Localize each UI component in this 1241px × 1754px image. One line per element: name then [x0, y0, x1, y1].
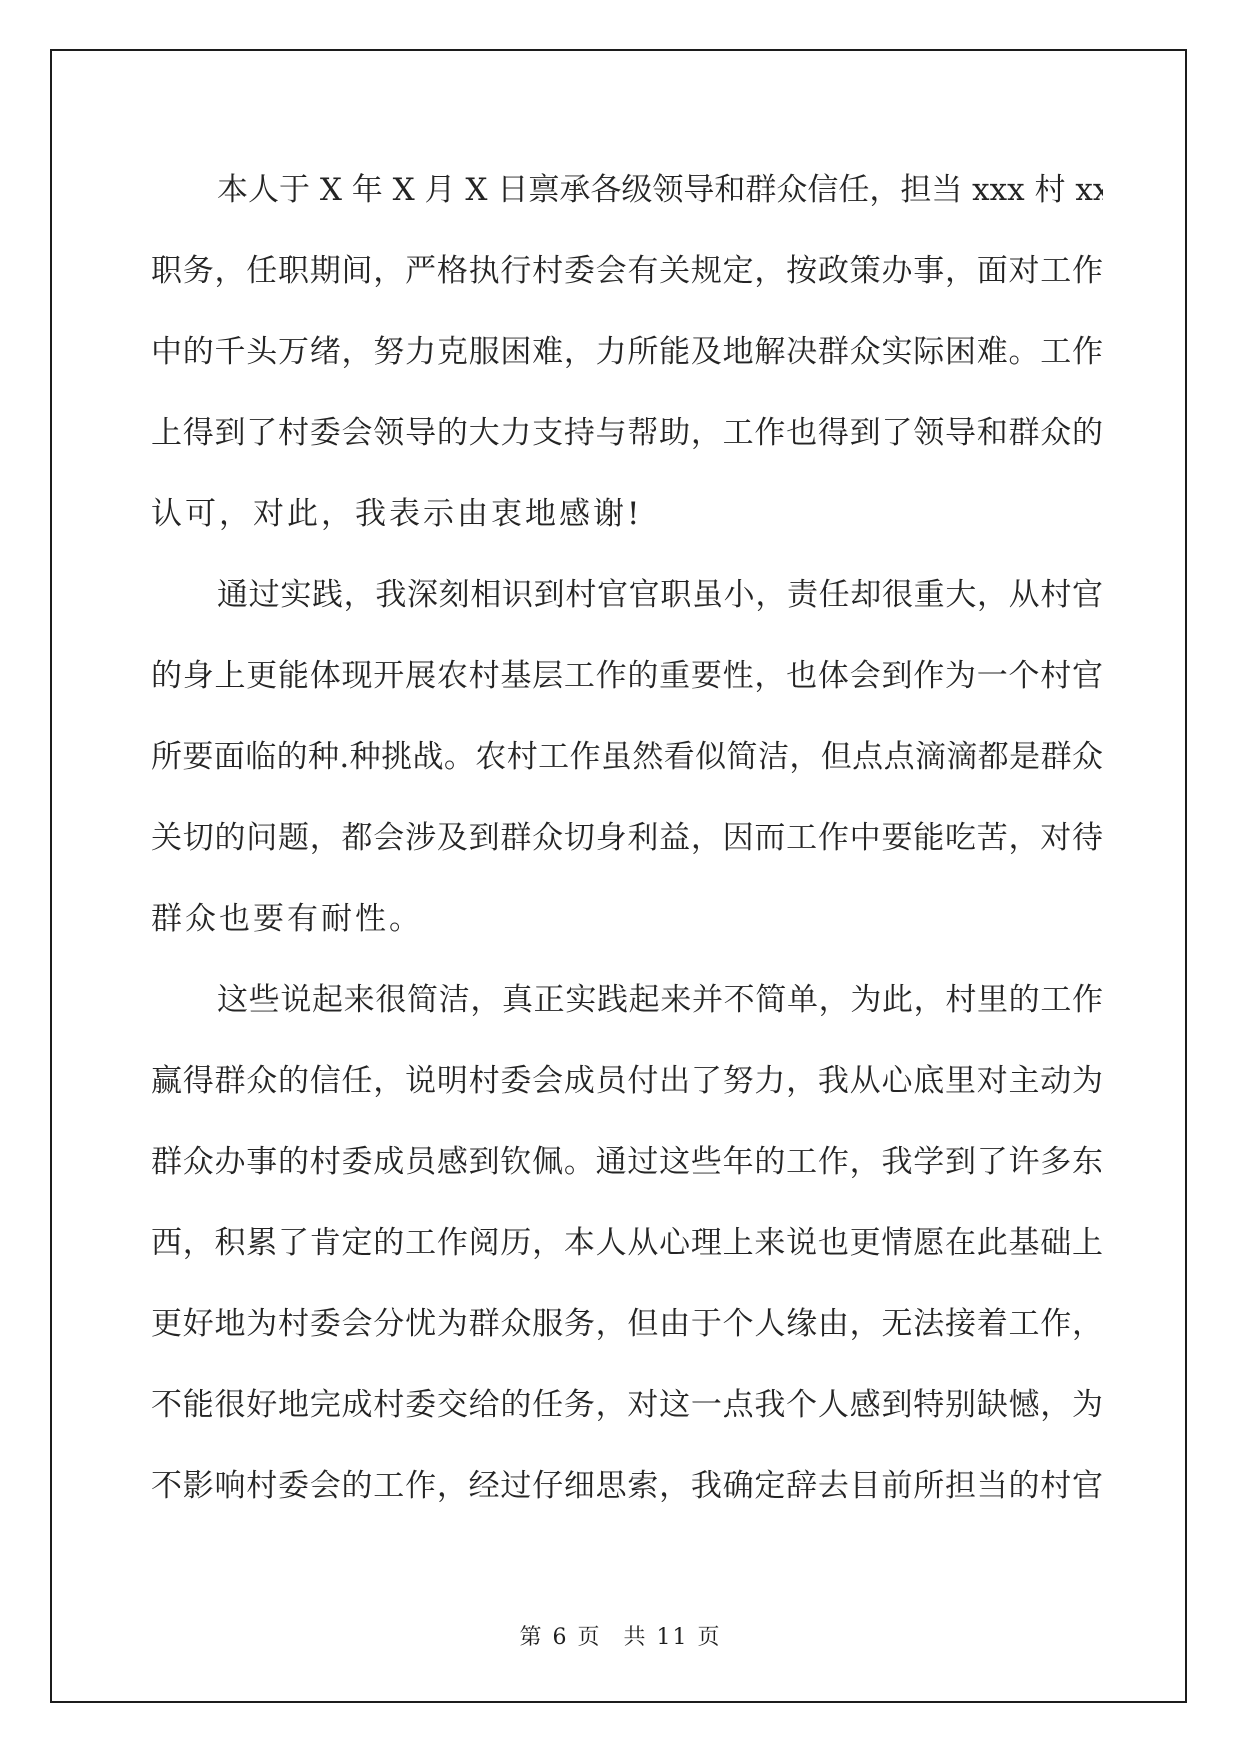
- text-line: 更好地为村委会分忧为群众服务，但由于个人缘由，无法接着工作，: [151, 1284, 1103, 1365]
- text-line: 上得到了村委会领导的大力支持与帮助，工作也得到了领导和群众的: [151, 393, 1103, 474]
- text-line: 关切的问题，都会涉及到群众切身利益，因而工作中要能吃苦，对待: [151, 798, 1103, 879]
- text-line: 群众办事的村委成员感到钦佩。通过这些年的工作，我学到了许多东: [151, 1122, 1103, 1203]
- text-line: 所要面临的种.种挑战。农村工作虽然看似简洁，但点点滴滴都是群众: [151, 717, 1103, 798]
- text-line: 赢得群众的信任，说明村委会成员付出了努力，我从心底里对主动为: [151, 1041, 1103, 1122]
- text-line: 职务，任职期间，严格执行村委会有关规定，按政策办事，面对工作: [151, 231, 1103, 312]
- page-total-label: 共 11 页: [624, 1620, 722, 1651]
- text-line: 这些说起来很简洁，真正实践起来并不简单，为此，村里的工作: [151, 960, 1103, 1041]
- page-number-label: 第 6 页: [520, 1620, 602, 1651]
- text-line: 通过实践，我深刻相识到村官官职虽小，责任却很重大，从村官: [151, 555, 1103, 636]
- text-line: 的身上更能体现开展农村基层工作的重要性，也体会到作为一个村官: [151, 636, 1103, 717]
- text-line: 不能很好地完成村委交给的任务，对这一点我个人感到特别缺憾，为: [151, 1365, 1103, 1446]
- text-line: 西，积累了肯定的工作阅历，本人从心理上来说也更情愿在此基础上: [151, 1203, 1103, 1284]
- text-line: 认可，对此，我表示由衷地感谢!: [151, 474, 1103, 555]
- text-line: 群众也要有耐性。: [151, 879, 1103, 960]
- page-footer: 第 6 页 共 11 页: [0, 1620, 1241, 1651]
- text-line: 本人于 X 年 X 月 X 日禀承各级领导和群众信任，担当 xxx 村 xxx: [151, 150, 1103, 231]
- text-line: 中的千头万绪，努力克服困难，力所能及地解决群众实际困难。工作: [151, 312, 1103, 393]
- document-body: 本人于 X 年 X 月 X 日禀承各级领导和群众信任，担当 xxx 村 xxx …: [151, 150, 1103, 1527]
- text-line: 不影响村委会的工作，经过仔细思索，我确定辞去目前所担当的村官: [151, 1446, 1103, 1527]
